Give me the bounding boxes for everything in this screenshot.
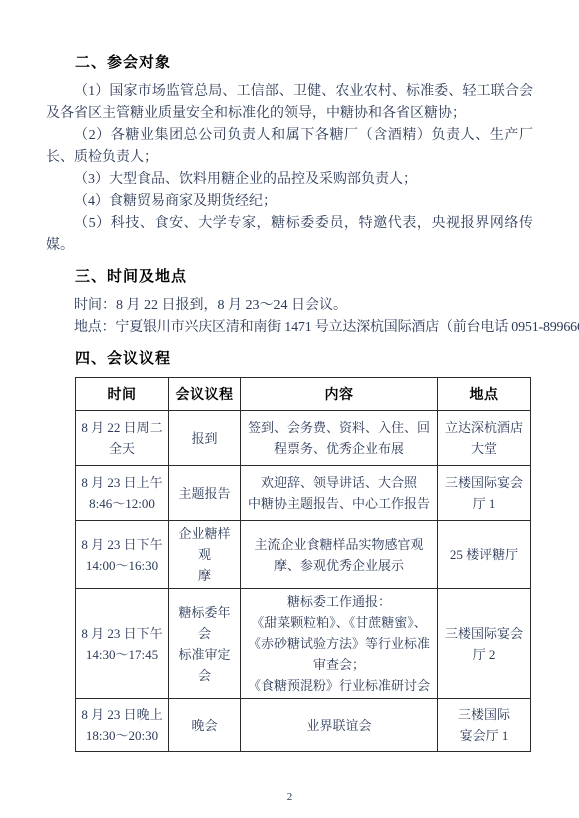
schedule-time-cell: 8 月 23 日下午 14:00～16:30 xyxy=(76,521,169,589)
schedule-agenda-cell: 晚会 xyxy=(169,699,241,752)
schedule-content-cell: 业界联谊会 xyxy=(241,699,438,752)
schedule-agenda-cell: 糖标委年会 标准审定会 xyxy=(169,589,241,699)
schedule-location-cell: 三楼国际 宴会厅 1 xyxy=(438,699,531,752)
schedule-time-cell: 8 月 22 日周二 全天 xyxy=(76,411,169,466)
agenda-row-sample-viewing: 8 月 23 日下午 14:00～16:30 企业糖样观 摩 主流企业食糖样品实… xyxy=(76,521,531,589)
meeting-time-line: 时间：8 月 22 日报到，8 月 23～24 日会议。 xyxy=(46,295,533,317)
schedule-agenda-cell: 主题报告 xyxy=(169,466,241,521)
schedule-location-cell: 25 楼评糖厅 xyxy=(438,521,531,589)
schedule-content-cell: 签到、会务费、资料、入住、回程票务、优秀企业布展 xyxy=(241,411,438,466)
participants-item-4: （4）食糖贸易商家及期货经纪； xyxy=(46,191,533,213)
col-header-content: 内容 xyxy=(241,378,438,411)
agenda-header-row: 时间 会议议程 内容 地点 xyxy=(76,378,531,411)
agenda-table: 时间 会议议程 内容 地点 8 月 22 日周二 全天 报到 签到、会务费、资料… xyxy=(75,377,531,752)
meeting-place-line: 地点：宁夏银川市兴庆区清和南街 1471 号立达深杭国际酒店（前台电话 0951… xyxy=(46,317,533,339)
participants-item-3: （3）大型食品、饮料用糖企业的品控及采购部负责人； xyxy=(46,169,533,191)
participants-item-5: （5）科技、食安、大学专家，糖标委委员，特邀代表，央视报界网络传媒。 xyxy=(46,213,533,257)
section-time-place-heading: 三、时间及地点 xyxy=(46,266,533,288)
schedule-content-cell: 欢迎辞、领导讲话、大合照 中糖协主题报告、中心工作报告 xyxy=(241,466,438,521)
section-agenda: 四、会议议程 时间 会议议程 内容 地点 8 月 22 日周二 全天 报 xyxy=(46,348,533,752)
schedule-location-cell: 三楼国际宴会 厅 1 xyxy=(438,466,531,521)
schedule-time-cell: 8 月 23 日下午 14:30～17:45 xyxy=(76,589,169,699)
schedule-location-cell: 立达深杭酒店 大堂 xyxy=(438,411,531,466)
agenda-row-checkin: 8 月 22 日周二 全天 报到 签到、会务费、资料、入住、回程票务、优秀企业布… xyxy=(76,411,531,466)
schedule-time-cell: 8 月 23 日晚上 18:30～20:30 xyxy=(76,699,169,752)
agenda-row-standards-review: 8 月 23 日下午 14:30～17:45 糖标委年会 标准审定会 糖标委工作… xyxy=(76,589,531,699)
section-agenda-heading: 四、会议议程 xyxy=(46,348,533,370)
section-participants: 二、参会对象 （1）国家市场监管总局、工信部、卫健、农业农村、标准委、轻工联合会… xyxy=(46,52,533,257)
schedule-content-cell: 主流企业食糖样品实物感官观摩、参观优秀企业展示 xyxy=(241,521,438,589)
schedule-content-cell: 糖标委工作通报： 《甜菜颗粒粕》、《甘蔗糖蜜》、《赤砂糖试验方法》等行业标准审查… xyxy=(241,589,438,699)
col-header-agenda: 会议议程 xyxy=(169,378,241,411)
participants-item-2: （2）各糖业集团总公司负责人和属下各糖厂（含酒精）负责人、生产厂长、质检负责人； xyxy=(46,125,533,169)
section-participants-heading: 二、参会对象 xyxy=(46,52,533,74)
page-number: 2 xyxy=(0,791,579,803)
agenda-row-evening-party: 8 月 23 日晚上 18:30～20:30 晚会 业界联谊会 三楼国际 宴会厅… xyxy=(76,699,531,752)
schedule-time-cell: 8 月 23 日上午 8:46～12:00 xyxy=(76,466,169,521)
section-time-place: 三、时间及地点 时间：8 月 22 日报到，8 月 23～24 日会议。 地点：… xyxy=(46,266,533,339)
participants-item-1: （1）国家市场监管总局、工信部、卫健、农业农村、标准委、轻工联合会及各省区主管糖… xyxy=(46,81,533,125)
schedule-location-cell: 三楼国际宴会 厅 2 xyxy=(438,589,531,699)
col-header-location: 地点 xyxy=(438,378,531,411)
schedule-agenda-cell: 企业糖样观 摩 xyxy=(169,521,241,589)
col-header-time: 时间 xyxy=(76,378,169,411)
document-page: 二、参会对象 （1）国家市场监管总局、工信部、卫健、农业农村、标准委、轻工联合会… xyxy=(0,0,579,818)
schedule-agenda-cell: 报到 xyxy=(169,411,241,466)
agenda-row-keynote: 8 月 23 日上午 8:46～12:00 主题报告 欢迎辞、领导讲话、大合照 … xyxy=(76,466,531,521)
